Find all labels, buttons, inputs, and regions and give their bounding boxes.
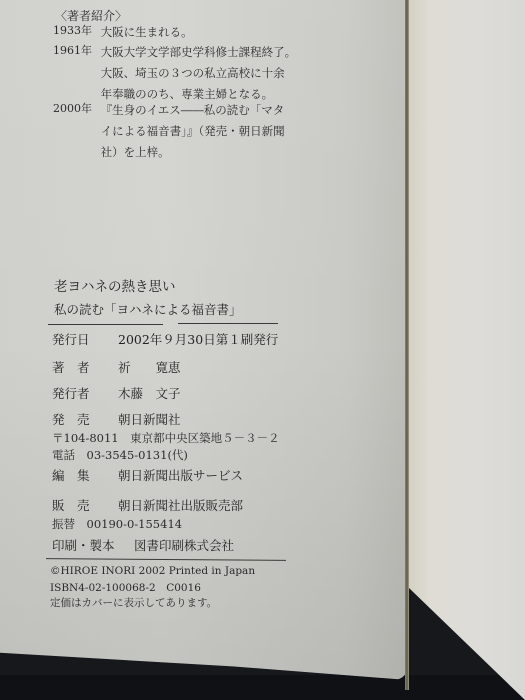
distributor-label: 発 売 bbox=[52, 410, 118, 428]
distributor-value: 朝日新聞社 bbox=[118, 410, 181, 428]
printing-value: 図書印刷株式会社 bbox=[134, 536, 234, 554]
book-title: 老ヨハネの熱き思い bbox=[54, 275, 176, 295]
bio-line: 大阪、埼玉の３つの私立高校に十余 bbox=[101, 63, 297, 84]
publisher-row: 発行者木藤 文子 bbox=[52, 384, 181, 402]
bio-entry: 1933年 大阪に生まれる。 bbox=[53, 22, 193, 43]
transfer-line: 振替 00190-0-155414 bbox=[52, 516, 182, 532]
editor-value: 朝日新聞出版サービス bbox=[118, 466, 243, 484]
table-surface bbox=[0, 675, 525, 700]
bio-line: 大阪大学文学部史学科修士課程終了。 bbox=[101, 42, 297, 63]
bio-year: 1961年 bbox=[53, 42, 97, 58]
right-page bbox=[409, 0, 525, 700]
publisher-value: 木藤 文子 bbox=[118, 384, 181, 402]
issue-date-label: 発行日 bbox=[52, 330, 118, 348]
sales-row: 販 売朝日新聞社出版販売部 bbox=[52, 496, 243, 514]
copyright-line: ©HIROE INORI 2002 Printed in Japan bbox=[50, 565, 255, 577]
distributor-row: 発 売朝日新聞社 bbox=[52, 410, 181, 428]
issue-date-row: 発行日2002年９月30日第１刷発行 bbox=[52, 330, 278, 348]
publisher-label: 発行者 bbox=[52, 384, 118, 402]
book-gutter bbox=[405, 0, 409, 690]
bio-entry: 1961年 大阪大学文学部史学科修士課程終了。 大阪、埼玉の３つの私立高校に十余… bbox=[53, 42, 296, 105]
author-value: 祈 寛恵 bbox=[118, 358, 181, 376]
isbn-line: ISBN4-02-100068-2 C0016 bbox=[50, 580, 201, 595]
sales-value: 朝日新聞社出版販売部 bbox=[118, 496, 243, 514]
printing-label: 印刷・製本 bbox=[52, 536, 134, 554]
bio-line: 社）を上梓。 bbox=[101, 142, 285, 163]
bio-year: 2000年 bbox=[53, 100, 97, 116]
author-label: 著 者 bbox=[52, 358, 118, 376]
author-row: 著 者祈 寛恵 bbox=[52, 358, 181, 376]
bio-line: イによる福音書」』（発売・朝日新聞 bbox=[101, 121, 285, 142]
bio-year: 1933年 bbox=[53, 22, 97, 38]
bio-line: 大阪に生まれる。 bbox=[101, 22, 193, 43]
printing-row: 印刷・製本図書印刷株式会社 bbox=[52, 536, 234, 554]
editor-row: 編 集朝日新聞出版サービス bbox=[52, 466, 243, 484]
divider-rule bbox=[178, 323, 278, 324]
issue-date-value: 2002年９月30日第１刷発行 bbox=[118, 330, 278, 348]
bio-line: 『生身のイエス――私の読む「マタ bbox=[101, 100, 285, 121]
phone-line: 電話 03-3545-0131(代) bbox=[52, 447, 188, 463]
bio-entry: 2000年 『生身のイエス――私の読む「マタ イによる福音書」』（発売・朝日新聞… bbox=[53, 100, 285, 163]
divider-rule bbox=[48, 324, 163, 325]
book-subtitle: 私の読む「ヨハネによる福音書」 bbox=[54, 300, 242, 318]
address-line: 〒104-8011 東京都中央区築地５－３－２ bbox=[52, 430, 280, 446]
sales-label: 販 売 bbox=[52, 496, 118, 514]
price-note: 定価はカバーに表示してあります。 bbox=[50, 595, 217, 610]
editor-label: 編 集 bbox=[52, 466, 118, 484]
